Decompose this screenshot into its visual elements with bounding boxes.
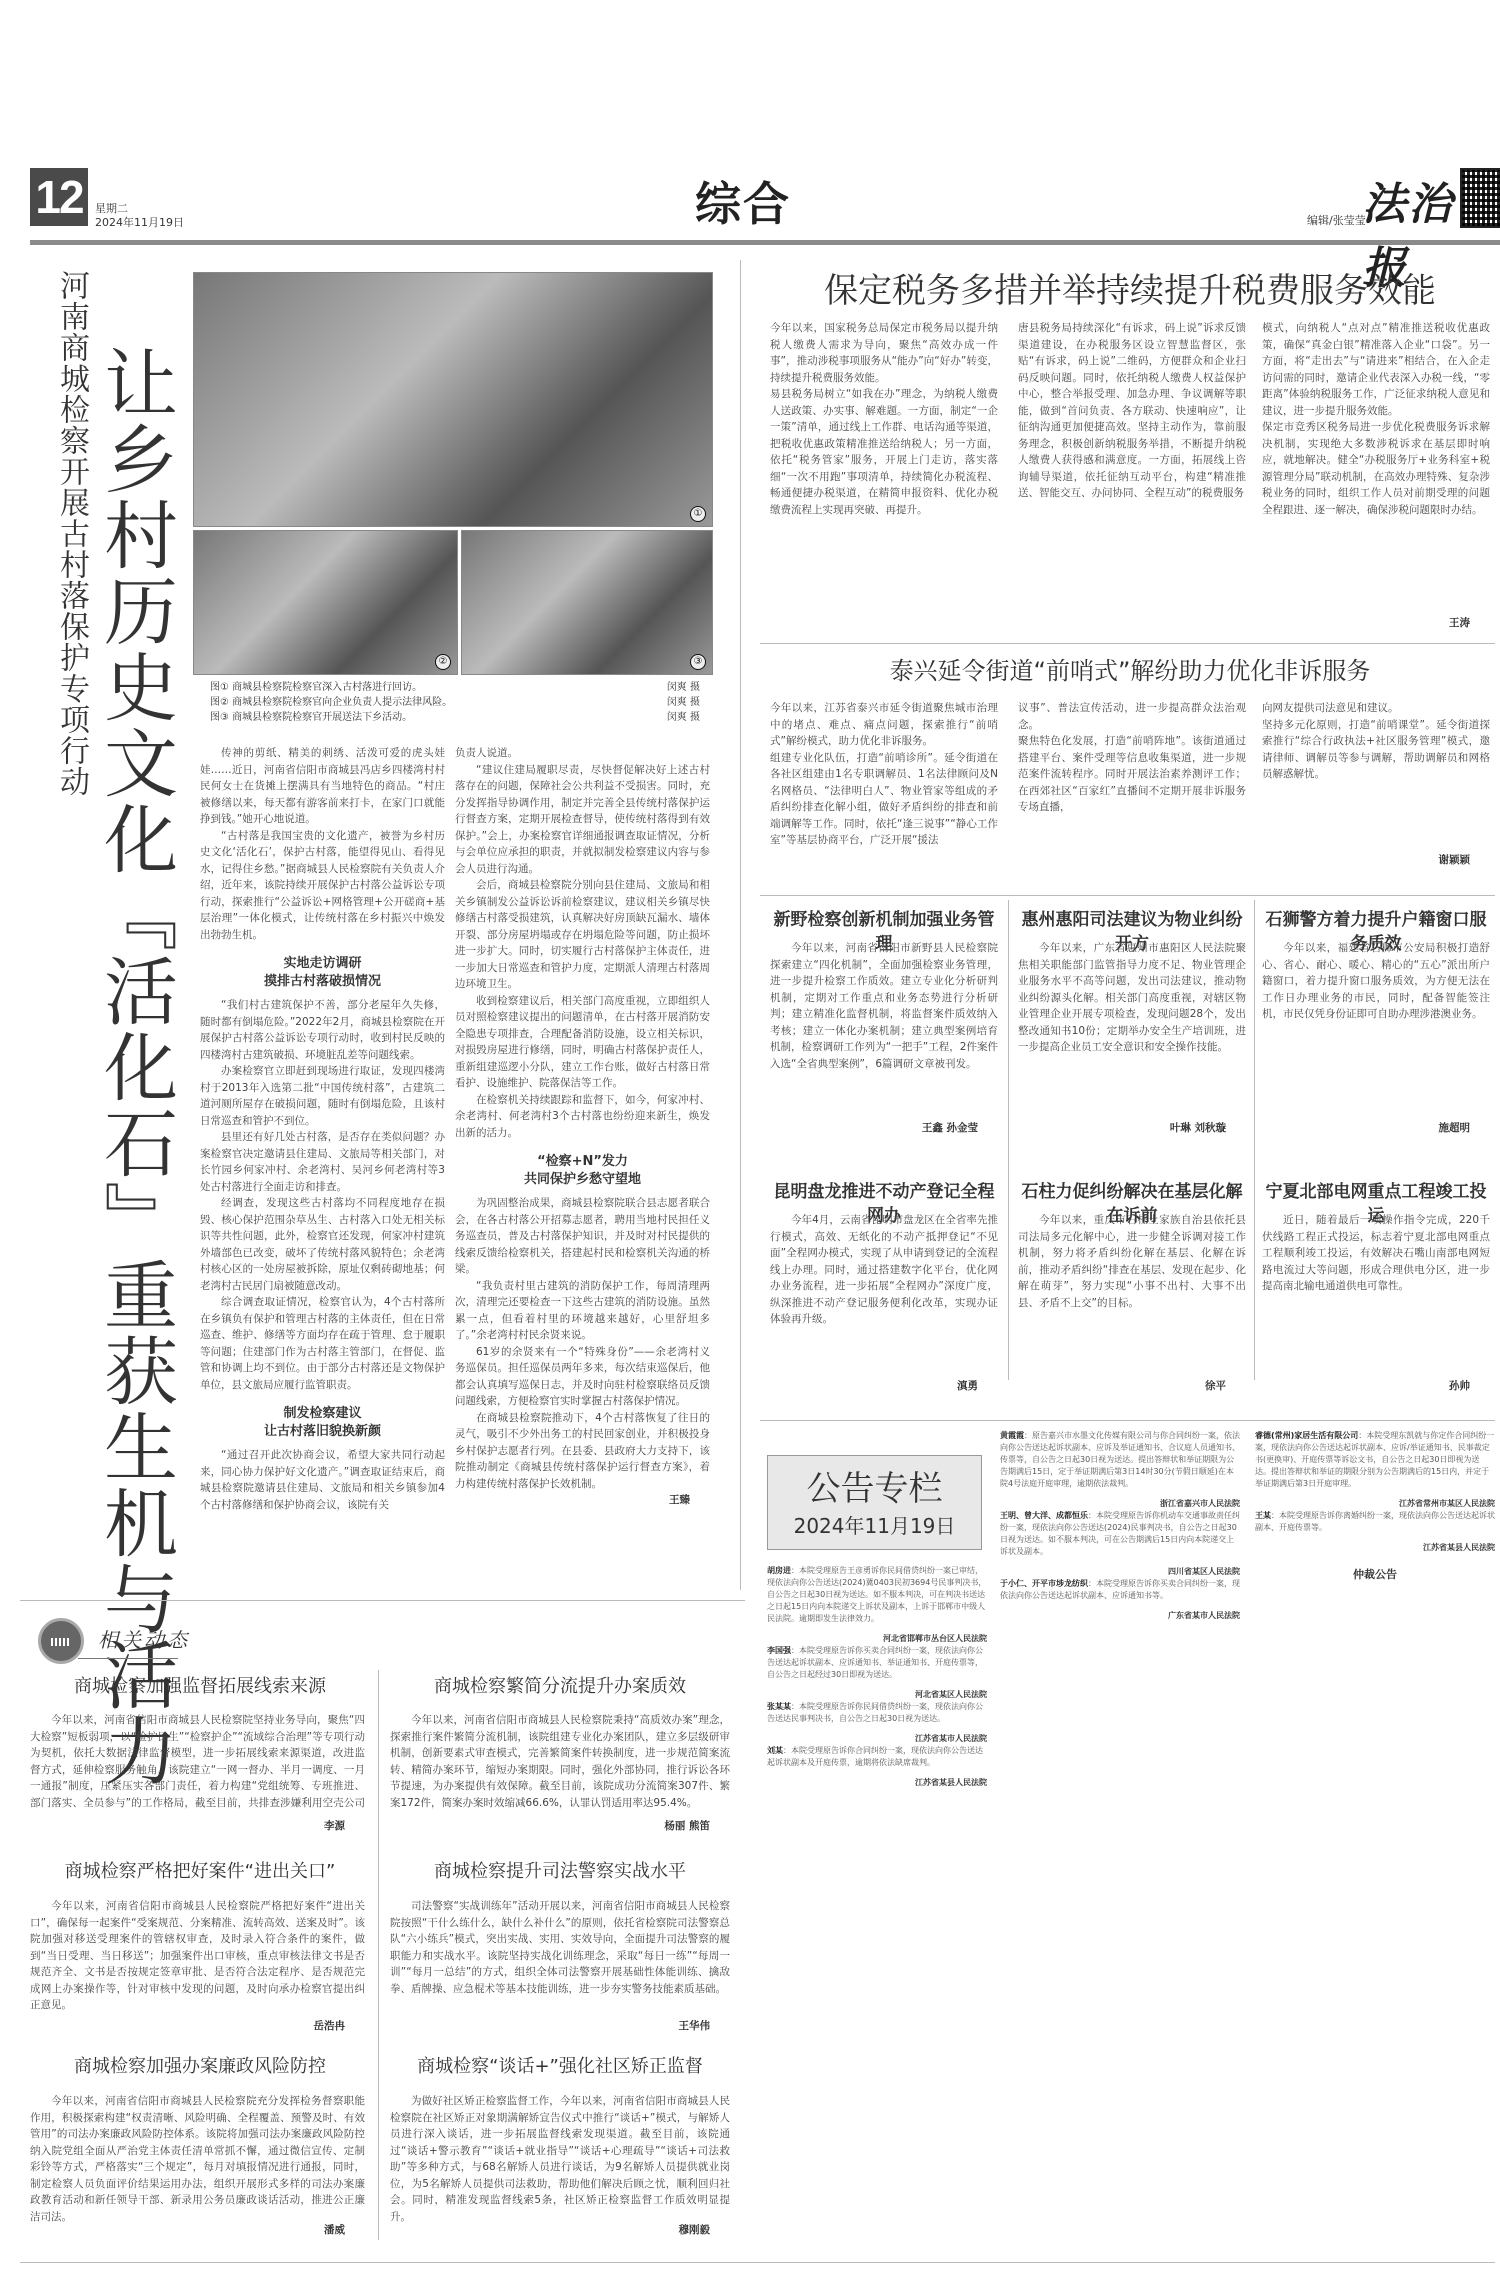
paragraph: 今年以来，福建省石狮市公安局积极打造舒心、省心、耐心、暖心、精心的“五心”派出所… — [1262, 940, 1490, 1023]
notice-title: 公告专栏 — [768, 1466, 981, 1512]
related-headline: 商城检察繁简分流提升办案质效 — [390, 1675, 730, 1699]
footer-rule — [20, 2262, 1495, 2263]
paragraph: “我负责村里古建筑的消防保护工作，每周清理两次，清理完还要检查一下这些古建筑的消… — [455, 1278, 710, 1344]
taixing-col-3: 向网友提供司法意见和建议。 坚持多元化原则，打造“前哨课堂”。延令街道探索推行“… — [1262, 700, 1490, 850]
section-divider — [20, 1600, 745, 1601]
subhead-line: 实地走访调研 — [200, 955, 445, 973]
taixing-col-2: 议事”、普法宣传活动，进一步提高群众法治观念。 聚焦特色化发展，打造“前哨阵地”… — [1018, 700, 1246, 868]
brief-body: 今年以来，福建省石狮市公安局积极打造舒心、省心、耐心、暖心、精心的“五心”派出所… — [1262, 940, 1490, 1118]
notice-court: 江苏省常州市某区人民法院 — [1255, 1498, 1495, 1510]
byline: 滇勇 — [770, 1378, 998, 1395]
section-divider — [760, 643, 1495, 644]
baoding-col-3: 模式，向纳税人“点对点”精准推送税收优惠政策，确保“真金白银”精准落入企业“口袋… — [1262, 320, 1490, 615]
feature-photo-1: ① — [193, 272, 713, 527]
column-divider — [1254, 900, 1255, 1380]
masthead: 12 星期二 2024年11月19日 综合 编辑/张莹莹 法治日报 — [30, 168, 1500, 238]
related-body: 今年以来，河南省信阳市商城县人民检察院秉持“高质效办案”理念，探索推行案件繁简分… — [390, 1712, 730, 1812]
column-divider — [1008, 900, 1009, 1380]
paragraph: 在检察机关持续跟踪和监督下，如今，何家冲村、余老湾村、何老湾村3个古村落也纷纷迎… — [455, 1092, 710, 1142]
paragraph: 今年以来，河南省信阳市商城县人民检察院严格把好案件“进出关口”，确保每一起案件“… — [30, 1898, 365, 2013]
paragraph: 会后，商城县检察院分别向县住建局、文旅局和相关乡镇制发公益诉讼诉前检察建议，建议… — [455, 877, 710, 993]
related-news-badge: 相关动态 — [38, 1618, 258, 1668]
notice-text: 本院受理原告诉你合同纠纷一案，现依法向你公告送达起诉状副本及开庭传票，逾期将依法… — [767, 1746, 983, 1767]
related-headline: 商城检察加强办案廉政风险防控 — [30, 2055, 370, 2079]
paragraph: 今年以来，河南省信阳市商城县人民检察院秉持“高质效办案”理念，探索推行案件繁简分… — [390, 1712, 730, 1811]
byline: 谢颖颖 — [1262, 852, 1490, 869]
caption-text: 图① 商城县检察院检察官深入古村落进行回访。 — [210, 680, 422, 695]
paragraph: 综合调查取证情况，检察官认为，4个古村落所在乡镇负有保护和管理古村落的主体责任，… — [200, 1294, 445, 1393]
related-headline: 商城检察加强监督拓展线索来源 — [30, 1675, 370, 1699]
qr-code-icon[interactable] — [1460, 168, 1500, 228]
feature-title: 让乡村历史文化『活化石』重获生机与活力 — [95, 345, 175, 1789]
related-news-label: 相关动态 — [98, 1624, 190, 1653]
paragraph: “通过召开此次协商会议，希望大家共同行动起来，同心协力保护好文化遗产。”调查取证… — [200, 1447, 445, 1513]
notice-party: 张某某 — [767, 1702, 791, 1711]
brief-body: 今年以来，河南省南阳市新野县人民检察院探索建立“四化机制”，全面加强检察业务管理… — [770, 940, 998, 1118]
byline: 王鑫 孙金莹 — [770, 1120, 998, 1137]
photo-number: ② — [435, 654, 451, 670]
column-divider — [378, 1670, 379, 2240]
brief-body: 近日，随着最后一项操作指令完成，220千伏线路工程正式投运，标志着宁夏北部电网重… — [1262, 1212, 1490, 1374]
caption-credit: 闵爽 摄 — [667, 710, 700, 725]
feature-photo-3: ③ — [461, 530, 713, 675]
subhead-line: “检察+N”发力 — [455, 1153, 710, 1171]
caption-text: 图② 商城县检察院检察官向企业负责人提示法律风险。 — [210, 695, 452, 710]
photo-captions: 图① 商城县检察院检察官深入古村落进行回访。闵爽 摄 图② 商城县检察院检察官向… — [210, 680, 700, 725]
paragraph: 负责人说道。 — [455, 745, 710, 762]
notice-party: 李国强 — [767, 1646, 791, 1655]
photo-number: ③ — [690, 654, 706, 670]
feature-column-1: 传神的剪纸、精美的刺绣、活泼可爱的虎头娃娃……近日，河南省信阳市商城县冯店乡四楼… — [200, 745, 445, 1605]
notices-middle: 黄霞霞：原告嘉兴市水墨文化传媒有限公司与你合同纠纷一案，依法向你公告送达起诉状副… — [1000, 1430, 1240, 2265]
notice-party: 黄霞霞 — [1000, 1431, 1024, 1440]
notice-court: 浙江省嘉兴市人民法院 — [1000, 1498, 1240, 1510]
paragraph: 县里还有好几处古村落，是否存在类似问题？办案检察官决定邀请县住建局、文旅局等相关… — [200, 1129, 445, 1195]
notice-item: 睿德(常州)家居生活有限公司：本院受理东凯就与你定作合同纠纷一案，现依法向你公告… — [1255, 1430, 1495, 1490]
paragraph: 为巩固整治成果，商城县检察院联合县志愿者联合会，在各古村落公开招募志愿者，聘用当… — [455, 1195, 710, 1278]
related-headline: 商城检察提升司法警察实战水平 — [390, 1860, 730, 1884]
notice-date: 2024年11月19日 — [768, 1512, 981, 1540]
paragraph: 近日，随着最后一项操作指令完成，220千伏线路工程正式投运，标志着宁夏北部电网重… — [1262, 1212, 1490, 1295]
notice-text: 本院受理原告王彦勇诉你民间借贷纠纷一案已审结，现依法向你公告送达(2024)冀0… — [767, 1566, 986, 1623]
headline-baoding: 保定税务多措并举持续提升税费服务效能 — [770, 270, 1490, 312]
notice-party: 王某 — [1255, 1511, 1271, 1520]
feature-photo-2: ② — [193, 530, 458, 675]
byline: 穆刚毅 — [390, 2222, 730, 2239]
paragraph: 司法警察“实战训练年”活动开展以来，河南省信阳市商城县人民检察院按照“干什么练什… — [390, 1898, 730, 1997]
caption-row: 图① 商城县检察院检察官深入古村落进行回访。闵爽 摄 — [210, 680, 700, 695]
section-title: 综合 — [695, 168, 791, 234]
byline: 施超明 — [1262, 1120, 1490, 1137]
header-rule — [30, 240, 1500, 245]
notices-right: 睿德(常州)家居生活有限公司：本院受理东凯就与你定作合同纠纷一案，现依法向你公告… — [1255, 1430, 1495, 2265]
page-number: 12 — [30, 168, 88, 226]
badge-underline — [78, 1658, 178, 1659]
notice-text: 原告嘉兴市水墨文化传媒有限公司与你合同纠纷一案，依法向你公告送达起诉状副本、应诉… — [1000, 1431, 1240, 1488]
notices-left: 胡房进：本院受理原告王彦勇诉你民间借贷纠纷一案已审结，现依法向你公告送达(202… — [767, 1565, 987, 2265]
caption-credit: 闵爽 摄 — [667, 680, 700, 695]
paragraph: 今年以来，重庆市石柱土家族自治县依托县司法局多元化解中心，进一步健全诉调对接工作… — [1018, 1212, 1246, 1311]
notice-item: 王明、曾大洋、成都恒乐：本院受理原告诉你机动车交通事故责任纠纷一案，现依法向你公… — [1000, 1510, 1240, 1558]
notice-court: 河北省邯郸市丛台区人民法院 — [767, 1633, 987, 1645]
related-body: 今年以来，河南省信阳市商城县人民检察院坚持业务导向，聚焦“四大检察”短板弱项，以… — [30, 1712, 365, 1812]
caption-row: 图③ 商城县检察院检察官开展送法下乡活动。闵爽 摄 — [210, 710, 700, 725]
related-headline: 商城检察严格把好案件“进出关口” — [30, 1860, 370, 1884]
notice-court: 江苏省某县人民法院 — [1255, 1542, 1495, 1554]
editor-credit: 编辑/张莹莹 — [1307, 212, 1366, 228]
caption-row: 图② 商城县检察院检察官向企业负责人提示法律风险。闵爽 摄 — [210, 695, 700, 710]
notice-item: 于小仁、开平市埗龙纺织：本院受理原告诉你买卖合同纠纷一案，现依法向你公告送达起诉… — [1000, 1578, 1240, 1602]
byline: 叶琳 刘秋璇 — [1018, 1120, 1246, 1137]
notice-party: 刘某 — [767, 1746, 783, 1755]
byline: 岳浩冉 — [30, 2018, 365, 2035]
notice-court: 四川省某区人民法院 — [1000, 1566, 1240, 1578]
notice-item: 李国强：本院受理原告诉你买卖合同纠纷一案，现依法向你公告送达起诉状副本、应诉通知… — [767, 1645, 987, 1681]
arbitration-label: 仲裁公告 — [1255, 1566, 1495, 1584]
notice-item: 胡房进：本院受理原告王彦勇诉你民间借贷纠纷一案已审结，现依法向你公告送达(202… — [767, 1565, 987, 1625]
related-body: 司法警察“实战训练年”活动开展以来，河南省信阳市商城县人民检察院按照“干什么练什… — [390, 1898, 730, 2013]
issue-date: 2024年11月19日 — [95, 214, 184, 230]
subhead-1: 实地走访调研摸排古村落破损情况 — [200, 955, 445, 991]
subhead-line: 摸排古村落破损情况 — [200, 973, 445, 991]
paragraph: “建议住建局履职尽责，尽快督促解决好上述古村落存在的问题，保障社会公共利益不受损… — [455, 762, 710, 878]
byline: 徐平 — [1018, 1378, 1246, 1395]
byline: 杨丽 熊笛 — [390, 1818, 730, 1835]
notice-party: 于小仁、开平市埗龙纺织 — [1000, 1579, 1088, 1588]
paragraph: 为做好社区矫正检察监督工作，今年以来，河南省信阳市商城县人民检察院在社区矫正对象… — [390, 2093, 730, 2223]
caption-text: 图③ 商城县检察院检察官开展送法下乡活动。 — [210, 710, 412, 725]
related-body: 今年以来，河南省信阳市商城县人民检察院充分发挥检务督察职能作用，积极探索构建“权… — [30, 2093, 365, 2223]
caption-credit: 闵爽 摄 — [667, 695, 700, 710]
related-headline: 商城检察“谈话+”强化社区矫正监督 — [390, 2055, 730, 2079]
paragraph: “古村落是我国宝贵的文化遗产，被誉为乡村历史文化‘活化石’，保护古村落，能望得见… — [200, 828, 445, 944]
notice-text: 本院受理原告诉你离婚纠纷一案，现依法向你公告送达起诉状副本、开庭传票等。 — [1255, 1511, 1495, 1532]
paragraph: 在商城县检察院推动下，4个古村落恢复了往日的灵气，吸引不少外出务工的村民回家创业… — [455, 1410, 710, 1493]
newspaper-page: 12 星期二 2024年11月19日 综合 编辑/张莹莹 法治日报 河南商城检察… — [0, 0, 1500, 2279]
notice-column-header: 公告专栏 2024年11月19日 — [767, 1455, 982, 1550]
byline: 王涛 — [1262, 615, 1490, 632]
brief-body: 今年4月，云南省昆明市盘龙区在全省率先推行模式，高效、无纸化的不动产抵押登记“不… — [770, 1212, 998, 1374]
section-divider — [760, 895, 1495, 896]
notice-item: 黄霞霞：原告嘉兴市水墨文化传媒有限公司与你合同纠纷一案，依法向你公告送达起诉状副… — [1000, 1430, 1240, 1490]
column-divider — [740, 260, 741, 1590]
byline: 李源 — [30, 1818, 365, 1835]
byline: 潘威 — [30, 2222, 365, 2239]
related-body: 今年以来，河南省信阳市商城县人民检察院严格把好案件“进出关口”，确保每一起案件“… — [30, 1898, 365, 2013]
brief-body: 今年以来，广东省惠州市惠阳区人民法院聚焦相关职能部门监管指导力度不足、物业管理企… — [1018, 940, 1246, 1118]
notice-item: 王某：本院受理原告诉你离婚纠纷一案，现依法向你公告送达起诉状副本、开庭传票等。 — [1255, 1510, 1495, 1534]
related-body: 为做好社区矫正检察监督工作，今年以来，河南省信阳市商城县人民检察院在社区矫正对象… — [390, 2093, 730, 2223]
feature-subtitle: 河南商城检察开展古村落保护专项行动 — [58, 270, 88, 797]
notice-court: 广东省某市人民法院 — [1000, 1610, 1240, 1622]
notice-text: 本院受理原告诉你买卖合同纠纷一案，现依法向你公告送达起诉状副本、应诉通知书、举证… — [767, 1646, 983, 1679]
notice-court: 江苏省某县人民法院 — [767, 1777, 987, 1789]
paragraph: 今年以来，河南省南阳市新野县人民检察院探索建立“四化机制”，全面加强检察业务管理… — [770, 940, 998, 1072]
headline-taixing: 泰兴延令街道“前哨式”解纷助力优化非诉服务 — [770, 655, 1490, 687]
paragraph: 今年以来，河南省信阳市商城县人民检察院坚持业务导向，聚焦“四大检察”短板弱项，以… — [30, 1712, 365, 1812]
subhead-line: 共同保护乡愁守望地 — [455, 1171, 710, 1189]
photo-number: ① — [690, 506, 706, 522]
notice-text: 本院受理原告诉你民间借贷纠纷一案，现依法向你公告送达民事判决书，自公告之日起30… — [767, 1702, 983, 1723]
paragraph: 61岁的余贤来有一个“特殊身份”——余老湾村义务巡保员。担任巡保员两年多来，每次… — [455, 1344, 710, 1410]
paragraph: 传神的剪纸、精美的刺绣、活泼可爱的虎头娃娃……近日，河南省信阳市商城县冯店乡四楼… — [200, 745, 445, 828]
byline: 王臻 — [455, 1492, 710, 1509]
notice-party: 王明、曾大洋、成都恒乐 — [1000, 1511, 1088, 1520]
baoding-col-1: 今年以来，国家税务总局保定市税务局以提升纳税人缴费人需求为导向，聚焦“高效办成一… — [770, 320, 998, 630]
byline: 王华伟 — [390, 2018, 730, 2035]
paragraph: 今年以来，河南省信阳市商城县人民检察院充分发挥检务督察职能作用，积极探索构建“权… — [30, 2093, 365, 2223]
paragraph: 收到检察建议后，相关部门高度重视，立即组织人员对照检察建议提出的问题清单，在古村… — [455, 993, 710, 1092]
subhead-line: 让古村落旧貌换新颜 — [200, 1423, 445, 1441]
paragraph: 经调查，发现这些古村落均不同程度地存在损毁、核心保护范围杂草丛生、古村落入口处无… — [200, 1195, 445, 1294]
paragraph: 今年以来，广东省惠州市惠阳区人民法院聚焦相关职能部门监管指导力度不足、物业管理企… — [1018, 940, 1246, 1056]
feature-column-2: 负责人说道。 “建议住建局履职尽责，尽快督促解决好上述古村落存在的问题，保障社会… — [455, 745, 710, 1605]
subhead-2: 制发检察建议让古村落旧貌换新颜 — [200, 1405, 445, 1441]
paragraph: 办案检察官立即赶到现场进行取证，发现四楼湾村于2013年入选第二批“中国传统村落… — [200, 1063, 445, 1129]
notice-court: 河北省某区人民法院 — [767, 1689, 987, 1701]
paragraph: “我们村古建筑保护不善，部分老屋年久失修，随时都有倒塌危险。”2022年2月，商… — [200, 997, 445, 1063]
baoding-col-2: 唐县税务局持续深化“有诉求，码上说”诉求反馈渠道建设，在办税服务区设立智慧监督区… — [1018, 320, 1246, 630]
paragraph: 今年4月，云南省昆明市盘龙区在全省率先推行模式，高效、无纸化的不动产抵押登记“不… — [770, 1212, 998, 1328]
byline: 孙帅 — [1262, 1378, 1490, 1395]
notice-party: 胡房进 — [767, 1566, 791, 1575]
subhead-line: 制发检察建议 — [200, 1405, 445, 1423]
subhead-3: “检察+N”发力共同保护乡愁守望地 — [455, 1153, 710, 1189]
notice-party: 睿德(常州)家居生活有限公司 — [1255, 1431, 1358, 1440]
brief-body: 今年以来，重庆市石柱土家族自治县依托县司法局多元化解中心，进一步健全诉调对接工作… — [1018, 1212, 1246, 1374]
notice-item: 张某某：本院受理原告诉你民间借贷纠纷一案，现依法向你公告送达民事判决书，自公告之… — [767, 1701, 987, 1725]
taixing-col-1: 今年以来，江苏省泰兴市延令街道聚焦城市治理中的堵点、难点、痛点问题，探索推行“前… — [770, 700, 998, 868]
section-divider — [760, 1420, 1495, 1421]
notice-item: 刘某：本院受理原告诉你合同纠纷一案，现依法向你公告送达起诉状副本及开庭传票，逾期… — [767, 1745, 987, 1769]
notice-court: 江苏省某市人民法院 — [767, 1733, 987, 1745]
